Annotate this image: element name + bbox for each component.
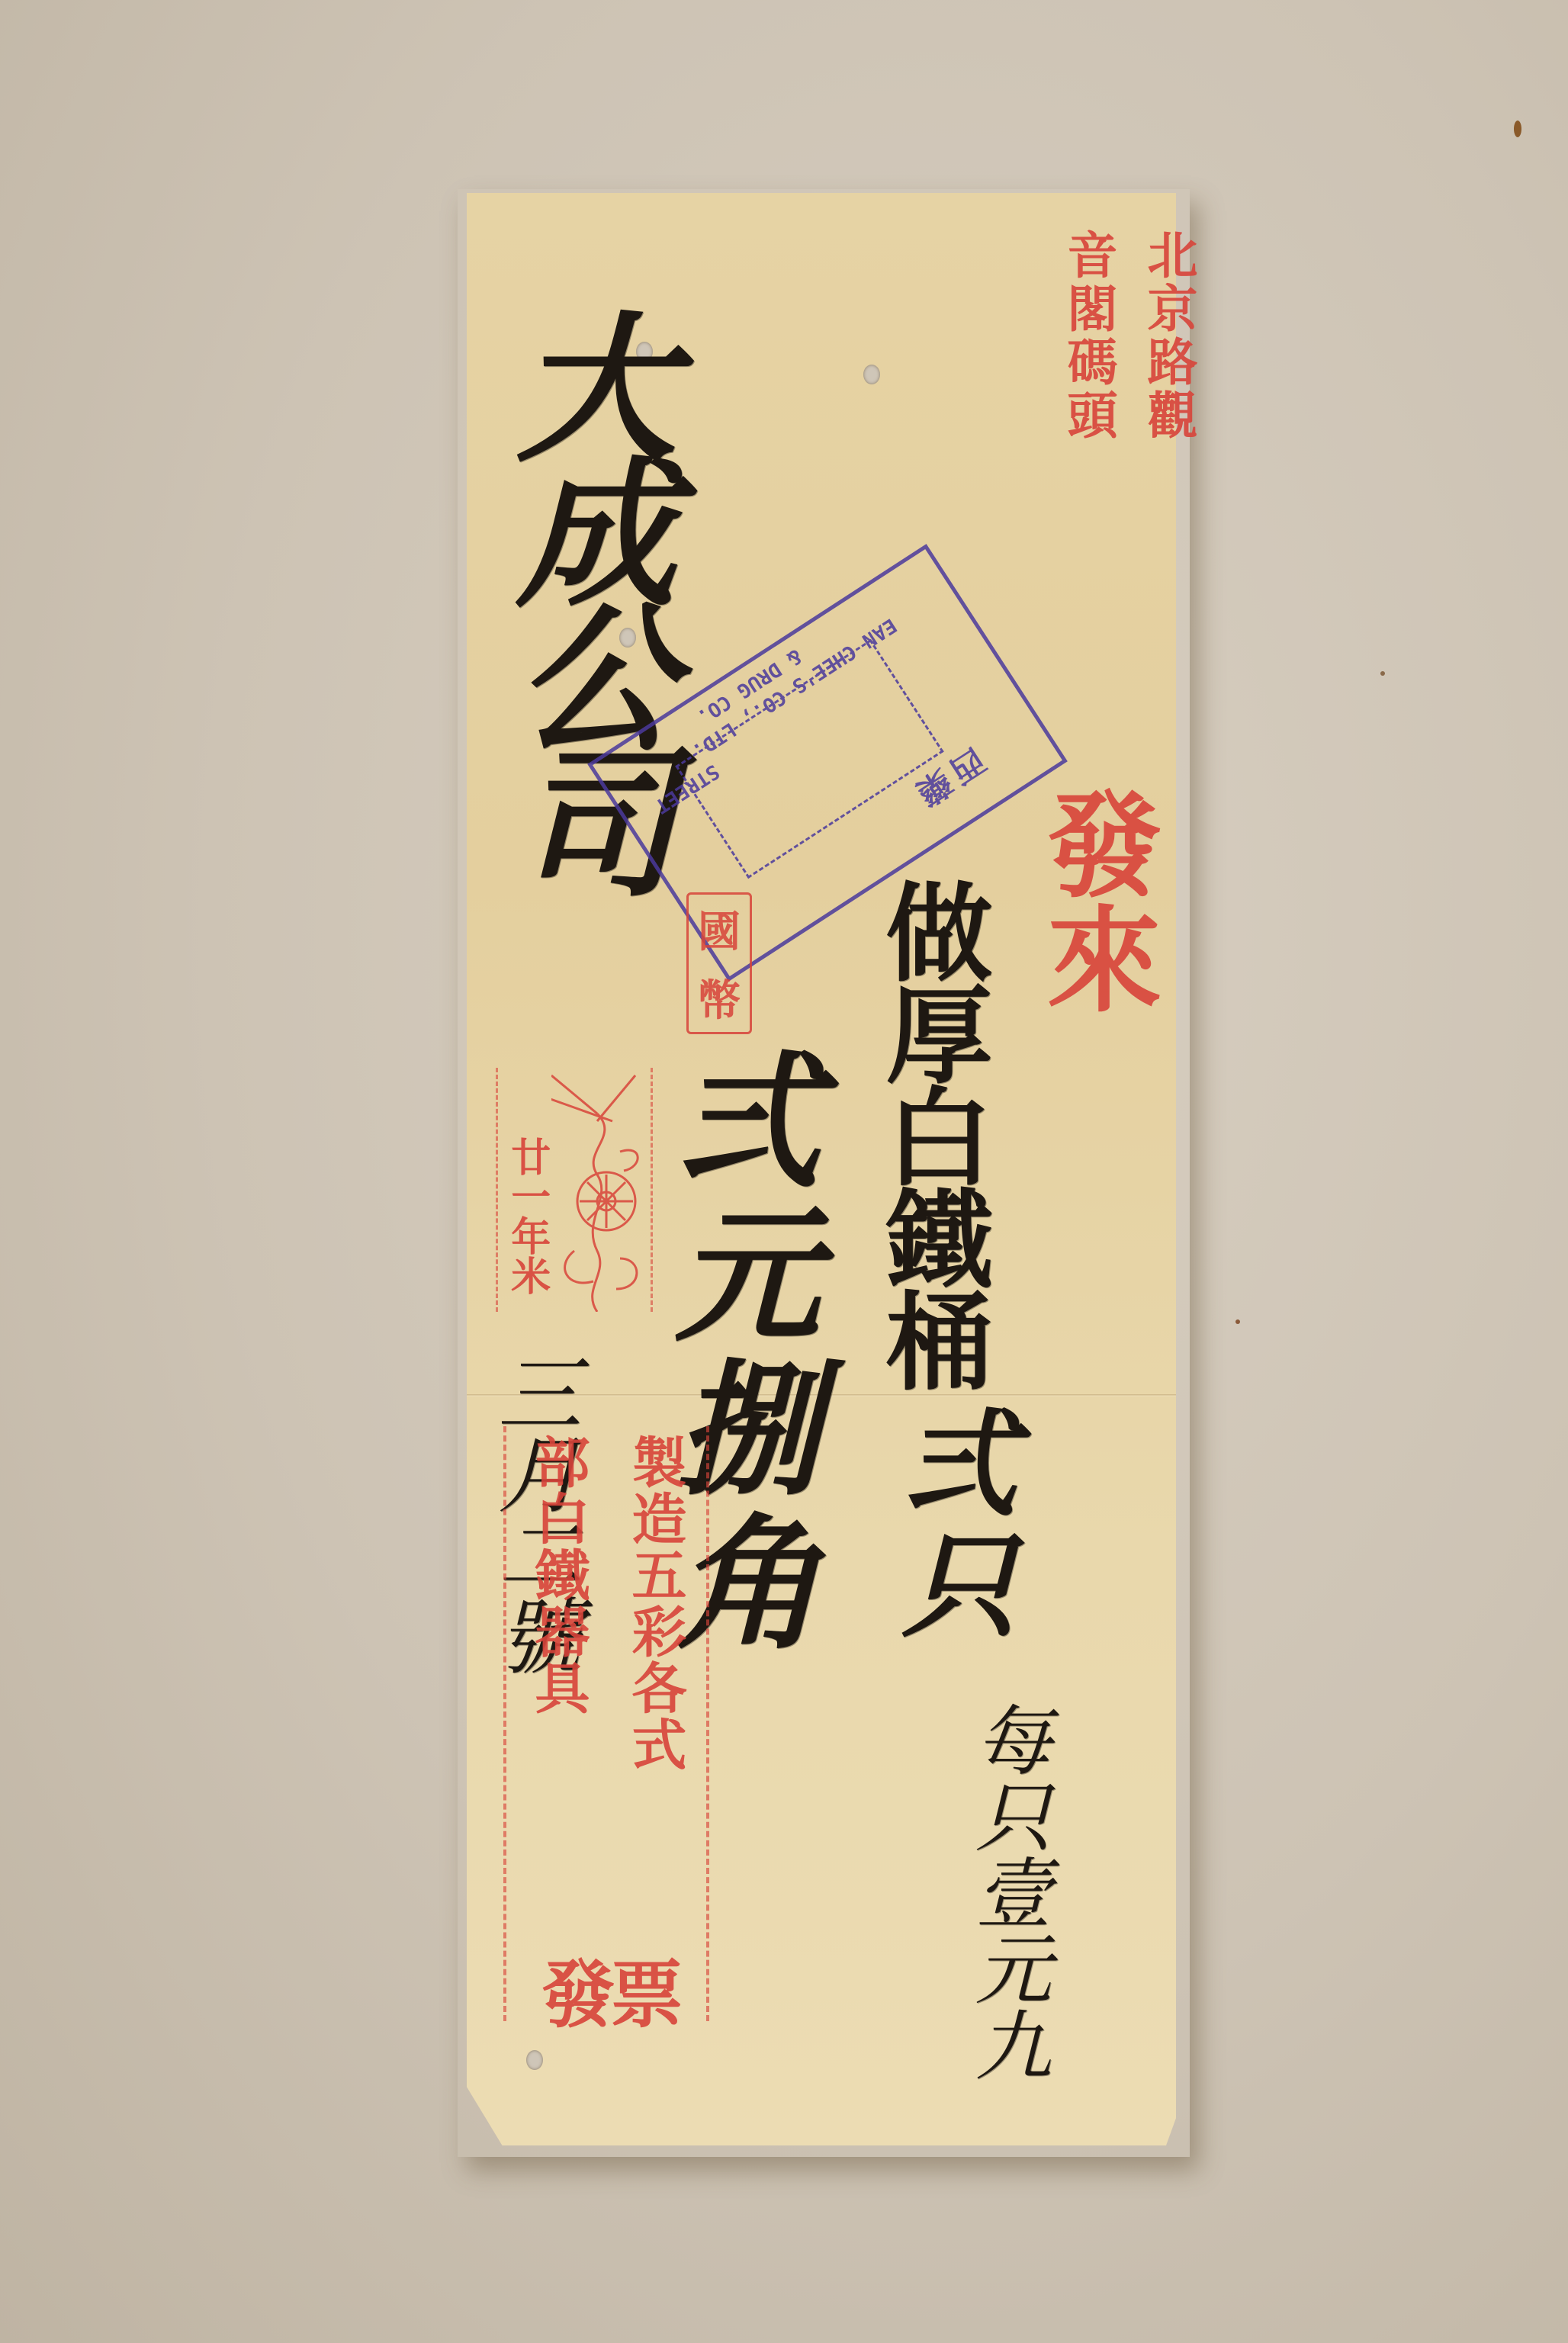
background-speck xyxy=(1380,671,1385,676)
unit-price: 每只壹元九 xyxy=(969,1701,1045,2082)
stamp-year-text: 廿一年 xyxy=(504,1136,551,1255)
currency-seal-char-2: 幣 xyxy=(698,967,741,1028)
item-quantity: 弍只 xyxy=(892,1403,1007,1647)
flower-motif-icon xyxy=(551,1068,651,1312)
vendor-stamp-right-column: 製造五彩各式 xyxy=(628,1434,683,2014)
address-stamp: 北京路觀 音閣碼頭 xyxy=(1052,229,1205,442)
address-stamp-col-2: 音閣碼頭 xyxy=(1052,229,1125,442)
background-speck xyxy=(1514,121,1521,137)
floral-date-stamp: 廿一年米 xyxy=(496,1068,653,1312)
currency-seal: 國 幣 xyxy=(686,892,752,1034)
background-speck xyxy=(1235,1319,1240,1324)
currency-seal-char-1: 國 xyxy=(698,898,741,959)
address-stamp-col-1: 北京路觀 xyxy=(1133,229,1205,442)
vendor-stamp-left-column: 部白鐵器具 xyxy=(531,1434,586,2014)
vendor-invoice-stamp: 製造五彩各式 部白鐵器具 xyxy=(503,1426,709,2021)
item-description: 做厚白鐵桶 xyxy=(877,877,984,1388)
stamp-year-extra: 米 xyxy=(504,1255,551,1295)
punch-hole xyxy=(863,365,880,384)
stamp-year: 廿一年米 xyxy=(504,1136,550,1295)
received-stamp: 發來 xyxy=(1037,786,1152,1014)
vendor-stamp-invoice-label: 發票 xyxy=(519,1937,702,2042)
punch-hole xyxy=(526,2050,543,2070)
